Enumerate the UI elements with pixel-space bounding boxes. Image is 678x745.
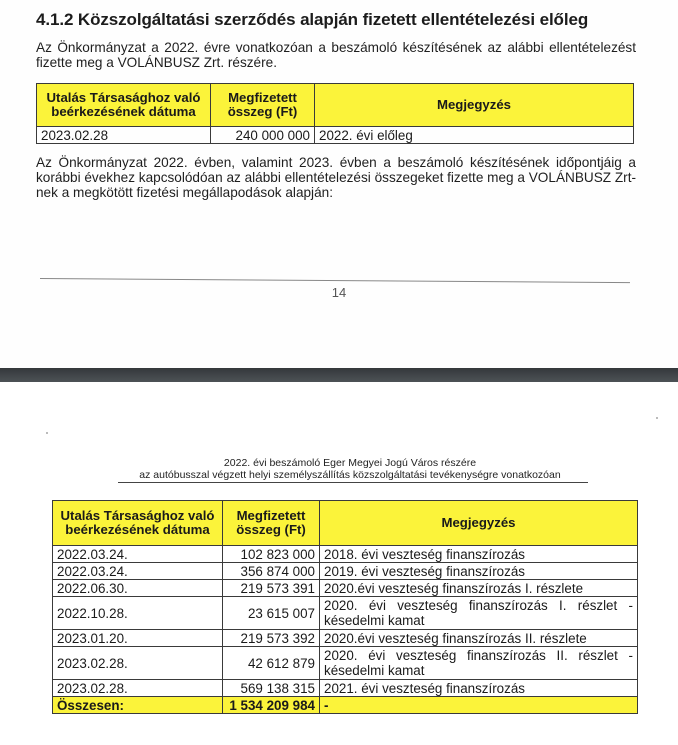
cell-date: 2022.10.28. bbox=[53, 597, 223, 630]
table-row: 2022.06.30. 219 573 391 2020.évi vesztes… bbox=[53, 580, 638, 597]
cell-date: 2022.03.24. bbox=[53, 563, 223, 580]
total-amount: 1 534 209 984 bbox=[223, 697, 320, 714]
header-date: Utalás Társasághoz való beérkezésének dá… bbox=[37, 84, 211, 127]
table-row: 2022.03.24. 102 823 000 2018. évi veszte… bbox=[53, 546, 638, 563]
cell-note: 2020. évi veszteség finanszírozás I. rés… bbox=[320, 597, 638, 630]
report-title-line2: az autóbusszal végzett helyi személyszál… bbox=[20, 469, 678, 482]
cell-date: 2023.02.28 bbox=[37, 127, 211, 144]
cell-date: 2022.06.30. bbox=[53, 580, 223, 597]
cell-note: 2018. évi veszteség finanszírozás bbox=[320, 546, 638, 563]
scan-speck bbox=[46, 432, 48, 434]
cell-amount: 102 823 000 bbox=[223, 546, 320, 563]
table-row: 2023.02.28 240 000 000 2022. évi előleg bbox=[37, 127, 634, 144]
cell-note: 2019. évi veszteség finanszírozás bbox=[320, 563, 638, 580]
header-note: Megjegyzés bbox=[320, 501, 638, 546]
table-row: 2022.03.24. 356 874 000 2019. évi veszte… bbox=[53, 563, 638, 580]
cell-date: 2023.01.20. bbox=[53, 630, 223, 647]
header-note: Megjegyzés bbox=[315, 84, 634, 127]
intro-paragraph: Az Önkormányzat a 2022. évre vonatkozóan… bbox=[36, 40, 636, 70]
table-header-row: Utalás Társasághoz való beérkezésének dá… bbox=[37, 84, 634, 127]
total-label: Összesen: bbox=[53, 697, 223, 714]
section-heading: 4.1.2 Közszolgáltatási szerződés alapján… bbox=[36, 10, 588, 30]
document-page-14: 4.1.2 Közszolgáltatási szerződés alapján… bbox=[0, 0, 678, 368]
total-note: - bbox=[320, 697, 638, 714]
cell-note: 2020. évi veszteség finanszírozás II. ré… bbox=[320, 647, 638, 680]
page-divider bbox=[0, 368, 678, 382]
compensation-payments-table: Utalás Társasághoz való beérkezésének dá… bbox=[52, 500, 638, 714]
table-row: 2023.02.28. 569 138 315 2021. évi veszte… bbox=[53, 680, 638, 697]
page-number: 14 bbox=[0, 285, 678, 300]
advance-payment-table: Utalás Társasághoz való beérkezésének dá… bbox=[36, 83, 634, 144]
cell-amount: 240 000 000 bbox=[211, 127, 315, 144]
header-amount: Megfizetett összeg (Ft) bbox=[211, 84, 315, 127]
cell-date: 2023.02.28. bbox=[53, 680, 223, 697]
cell-amount: 42 612 879 bbox=[223, 647, 320, 680]
table-total-row: Összesen: 1 534 209 984 - bbox=[53, 697, 638, 714]
cell-amount: 569 138 315 bbox=[223, 680, 320, 697]
cell-note: 2022. évi előleg bbox=[315, 127, 634, 144]
table-row: 2022.10.28. 23 615 007 2020. évi vesztes… bbox=[53, 597, 638, 630]
header-date: Utalás Társasághoz való beérkezésének dá… bbox=[53, 501, 223, 546]
scan-speck bbox=[656, 417, 658, 419]
report-title-line1: 2022. évi beszámoló Eger Megyei Jogú Vár… bbox=[20, 457, 678, 470]
footer-rule bbox=[40, 278, 630, 283]
table-row: 2023.02.28. 42 612 879 2020. évi vesztes… bbox=[53, 647, 638, 680]
cell-amount: 219 573 391 bbox=[223, 580, 320, 597]
cell-note: 2020.évi veszteség finanszírozás II. rés… bbox=[320, 630, 638, 647]
cell-amount: 23 615 007 bbox=[223, 597, 320, 630]
cell-date: 2023.02.28. bbox=[53, 647, 223, 680]
cell-note: 2020.évi veszteség finanszírozás I. rész… bbox=[320, 580, 638, 597]
table-row: 2023.01.20. 219 573 392 2020.évi vesztes… bbox=[53, 630, 638, 647]
header-amount: Megfizetett összeg (Ft) bbox=[223, 501, 320, 546]
cell-amount: 356 874 000 bbox=[223, 563, 320, 580]
cell-amount: 219 573 392 bbox=[223, 630, 320, 647]
cell-date: 2022.03.24. bbox=[53, 546, 223, 563]
report-header-rule bbox=[118, 482, 588, 483]
second-paragraph: Az Önkormányzat 2022. évben, valamint 20… bbox=[36, 155, 636, 200]
table-header-row: Utalás Társasághoz való beérkezésének dá… bbox=[53, 501, 638, 546]
cell-note: 2021. évi veszteség finanszírozás bbox=[320, 680, 638, 697]
